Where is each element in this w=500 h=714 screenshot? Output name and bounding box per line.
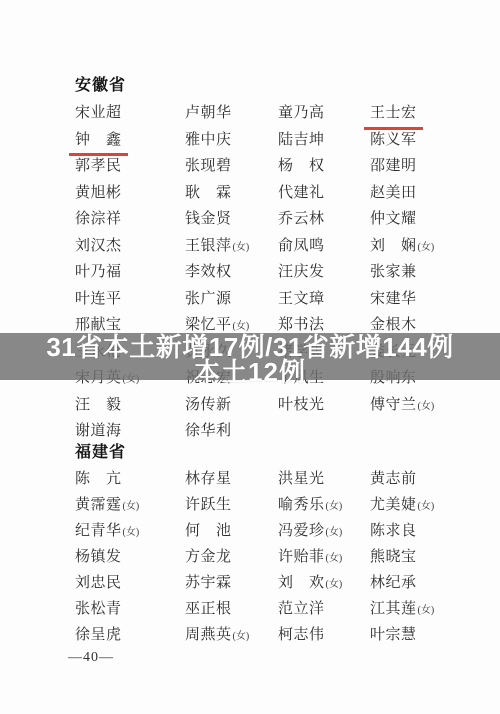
name-cell: 林纪承 xyxy=(370,570,475,598)
person-name: 乔云林 xyxy=(278,206,325,233)
name-cell: 宋建华 xyxy=(370,286,475,313)
person-name: 张家兼 xyxy=(370,259,417,286)
roster-row: 陈 亢林存星洪星光黄志前 xyxy=(75,466,485,492)
name-cell: 黄旭彬 xyxy=(75,180,185,207)
person-name: 钱金贤 xyxy=(185,206,232,233)
name-cell: 叶枝光 xyxy=(278,392,370,421)
person-name: 黄旭彬 xyxy=(75,180,122,207)
name-cell: 徐淙祥 xyxy=(75,206,185,233)
person-name: 刘 欢(女) xyxy=(278,570,342,598)
name-cell: 黄志前 xyxy=(370,466,475,492)
province-header: 福建省 xyxy=(75,440,485,466)
person-name: 刘汉杰 xyxy=(75,233,122,260)
gender-suffix: (女) xyxy=(418,605,435,616)
person-name: 江其莲(女) xyxy=(370,596,434,624)
name-cell: 刘 欢(女) xyxy=(278,570,370,598)
name-cell: 江其莲(女) xyxy=(370,596,475,624)
name-cell: 钟 鑫 xyxy=(75,127,185,157)
name-cell: 张广源 xyxy=(185,286,278,313)
name-cell: 王文璋 xyxy=(278,286,370,313)
name-cell: 童乃高 xyxy=(278,100,370,130)
name-cell: 邵建明 xyxy=(370,153,475,180)
roster-row: 钟 鑫雅中庆陆吉坤陈义军 xyxy=(75,127,485,154)
person-name: 叶乃福 xyxy=(75,259,122,286)
person-name: 王文璋 xyxy=(278,286,325,313)
person-name: 柯志伟 xyxy=(278,622,325,648)
person-name: 陈求良 xyxy=(370,518,417,544)
name-cell: 傅守兰(女) xyxy=(370,392,475,421)
name-cell: 钱金贤 xyxy=(185,206,278,233)
person-name: 徐淙祥 xyxy=(75,206,122,233)
roster-row: 宋业超卢朝华童乃高王士宏 xyxy=(75,100,485,127)
person-name: 傅守兰(女) xyxy=(370,392,434,421)
gender-suffix: (女) xyxy=(326,553,343,564)
person-name: 陆吉坤 xyxy=(278,127,325,154)
person-name: 王银萍(女) xyxy=(185,233,249,262)
roster-row: 纪青华(女)何 池冯爱珍(女)陈求良 xyxy=(75,518,485,544)
name-cell: 冯爱珍(女) xyxy=(278,518,370,546)
name-cell: 苏宇霖 xyxy=(185,570,278,598)
name-cell: 俞凤鸣 xyxy=(278,233,370,262)
person-name: 叶连平 xyxy=(75,286,122,313)
name-cell: 陈 亢 xyxy=(75,466,185,492)
name-cell: 乔云林 xyxy=(278,206,370,233)
person-name: 童乃高 xyxy=(278,100,325,127)
roster-row: 黄霈霆(女)许跃生喻秀乐(女)尤美婕(女) xyxy=(75,492,485,518)
name-cell: 柯志伟 xyxy=(278,622,370,650)
person-name: 陈 亢 xyxy=(75,466,122,492)
person-name: 赵美田 xyxy=(370,180,417,207)
person-name: 刘忠民 xyxy=(75,570,122,596)
person-name: 张松青 xyxy=(75,596,122,622)
name-cell: 杨 权 xyxy=(278,153,370,180)
name-cell: 刘忠民 xyxy=(75,570,185,598)
name-cell: 许跃生 xyxy=(185,492,278,520)
person-name-underlined: 王士宏 xyxy=(364,100,423,130)
person-name: 洪星光 xyxy=(278,466,325,492)
gender-suffix: (女) xyxy=(123,501,140,512)
name-cell: 方金龙 xyxy=(185,544,278,572)
name-cell: 叶乃福 xyxy=(75,259,185,286)
person-name: 杨镇发 xyxy=(75,544,122,570)
page-number: —40— xyxy=(68,650,114,666)
name-cell: 尤美婕(女) xyxy=(370,492,475,520)
gender-suffix: (女) xyxy=(233,321,250,332)
roster-row: 汪 毅汤传新叶枝光傅守兰(女) xyxy=(75,392,485,419)
gender-suffix: (女) xyxy=(326,579,343,590)
person-name: 李效权 xyxy=(185,259,232,286)
roster-row: 徐淙祥钱金贤乔云林仲文耀 xyxy=(75,206,485,233)
name-cell: 陈求良 xyxy=(370,518,475,546)
person-name: 冯爱珍(女) xyxy=(278,518,342,546)
person-name: 仲文耀 xyxy=(370,206,417,233)
name-cell: 杨镇发 xyxy=(75,544,185,572)
roster-row: 叶连平张广源王文璋宋建华 xyxy=(75,286,485,313)
person-name: 邵建明 xyxy=(370,153,417,180)
person-name: 纪青华(女) xyxy=(75,518,139,546)
gender-suffix: (女) xyxy=(326,527,343,538)
gender-suffix: (女) xyxy=(123,527,140,538)
name-cell: 张松青 xyxy=(75,596,185,624)
caption-line-2: 本土12例 xyxy=(0,360,500,384)
name-cell: 卢朝华 xyxy=(185,100,278,130)
name-cell: 王士宏 xyxy=(370,100,475,130)
name-cell: 郭孝民 xyxy=(75,153,185,180)
document-page: 安徽省宋业超卢朝华童乃高王士宏钟 鑫雅中庆陆吉坤陈义军郭孝民张现碧杨 权邵建明黄… xyxy=(0,0,500,714)
province-section: 福建省陈 亢林存星洪星光黄志前黄霈霆(女)许跃生喻秀乐(女)尤美婕(女)纪青华(… xyxy=(75,440,485,648)
person-name: 卢朝华 xyxy=(185,100,232,127)
gender-suffix: (女) xyxy=(233,242,250,253)
name-cell: 叶宗慧 xyxy=(370,622,475,650)
gender-suffix: (女) xyxy=(418,501,435,512)
name-cell: 汤传新 xyxy=(185,392,278,421)
name-cell: 汪庆发 xyxy=(278,259,370,286)
person-name: 雅中庆 xyxy=(185,127,232,154)
name-cell: 巫正根 xyxy=(185,596,278,624)
roster-row: 刘汉杰王银萍(女)俞凤鸣刘 娴(女) xyxy=(75,233,485,260)
roster-row: 刘忠民苏宇霖刘 欢(女)林纪承 xyxy=(75,570,485,596)
name-cell: 陆吉坤 xyxy=(278,127,370,157)
name-cell: 代建礼 xyxy=(278,180,370,207)
person-name: 徐呈虎 xyxy=(75,622,122,648)
person-name: 郭孝民 xyxy=(75,153,122,180)
person-name: 许跃生 xyxy=(185,492,232,518)
name-cell: 周燕英(女) xyxy=(185,622,278,650)
name-cell: 耿 霖 xyxy=(185,180,278,207)
person-name: 喻秀乐(女) xyxy=(278,492,342,520)
roster-row: 张松青巫正根范立洋江其莲(女) xyxy=(75,596,485,622)
name-cell: 刘 娴(女) xyxy=(370,233,475,262)
person-name: 宋建华 xyxy=(370,286,417,313)
name-cell: 洪星光 xyxy=(278,466,370,492)
person-name: 林纪承 xyxy=(370,570,417,596)
roster-row: 郭孝民张现碧杨 权邵建明 xyxy=(75,153,485,180)
name-cell: 张家兼 xyxy=(370,259,475,286)
roster-row: 杨镇发方金龙许贻菲(女)熊晓宝 xyxy=(75,544,485,570)
name-cell: 纪青华(女) xyxy=(75,518,185,546)
name-cell: 汪 毅 xyxy=(75,392,185,421)
person-name: 代建礼 xyxy=(278,180,325,207)
person-name: 叶宗慧 xyxy=(370,622,417,648)
name-cell: 徐呈虎 xyxy=(75,622,185,650)
person-name: 黄志前 xyxy=(370,466,417,492)
gender-suffix: (女) xyxy=(418,242,435,253)
person-name: 林存星 xyxy=(185,466,232,492)
person-name: 耿 霖 xyxy=(185,180,232,207)
roster-row: 徐呈虎周燕英(女)柯志伟叶宗慧 xyxy=(75,622,485,648)
name-cell: 何 池 xyxy=(185,518,278,546)
person-name: 熊晓宝 xyxy=(370,544,417,570)
person-name: 宋业超 xyxy=(75,100,122,127)
person-name: 汪 毅 xyxy=(75,392,122,419)
person-name: 巫正根 xyxy=(185,596,232,622)
person-name: 范立洋 xyxy=(278,596,325,622)
name-cell: 李效权 xyxy=(185,259,278,286)
person-name: 周燕英(女) xyxy=(185,622,249,650)
name-cell: 范立洋 xyxy=(278,596,370,624)
province-section: 安徽省宋业超卢朝华童乃高王士宏钟 鑫雅中庆陆吉坤陈义军郭孝民张现碧杨 权邵建明黄… xyxy=(75,72,485,445)
name-cell: 仲文耀 xyxy=(370,206,475,233)
name-cell: 许贻菲(女) xyxy=(278,544,370,572)
province-header: 安徽省 xyxy=(75,72,485,100)
name-cell: 王银萍(女) xyxy=(185,233,278,262)
name-cell: 张现碧 xyxy=(185,153,278,180)
name-cell: 雅中庆 xyxy=(185,127,278,157)
gender-suffix: (女) xyxy=(233,631,250,642)
person-name: 陈义军 xyxy=(370,127,417,154)
person-name: 张广源 xyxy=(185,286,232,313)
person-name: 刘 娴(女) xyxy=(370,233,434,262)
person-name: 方金龙 xyxy=(185,544,232,570)
person-name: 尤美婕(女) xyxy=(370,492,434,520)
name-cell: 陈义军 xyxy=(370,127,475,157)
roster-row: 叶乃福李效权汪庆发张家兼 xyxy=(75,259,485,286)
person-name: 黄霈霆(女) xyxy=(75,492,139,520)
name-cell: 刘汉杰 xyxy=(75,233,185,262)
name-cell: 林存星 xyxy=(185,466,278,492)
name-cell: 叶连平 xyxy=(75,286,185,313)
person-name: 张现碧 xyxy=(185,153,232,180)
person-name: 汤传新 xyxy=(185,392,232,419)
caption-overlay: 31省本土新增17例/31省新增144例 本土12例 xyxy=(0,333,500,380)
name-cell: 宋业超 xyxy=(75,100,185,130)
name-cell: 黄霈霆(女) xyxy=(75,492,185,520)
person-name: 俞凤鸣 xyxy=(278,233,325,260)
person-name: 苏宇霖 xyxy=(185,570,232,596)
roster-row: 黄旭彬耿 霖代建礼赵美田 xyxy=(75,180,485,207)
gender-suffix: (女) xyxy=(326,501,343,512)
name-cell: 喻秀乐(女) xyxy=(278,492,370,520)
person-name: 汪庆发 xyxy=(278,259,325,286)
person-name-underlined: 钟 鑫 xyxy=(69,127,128,157)
person-name: 何 池 xyxy=(185,518,232,544)
person-name: 杨 权 xyxy=(278,153,325,180)
person-name: 叶枝光 xyxy=(278,392,325,419)
name-cell: 熊晓宝 xyxy=(370,544,475,572)
name-cell: 赵美田 xyxy=(370,180,475,207)
person-name: 许贻菲(女) xyxy=(278,544,342,572)
gender-suffix: (女) xyxy=(418,401,435,412)
